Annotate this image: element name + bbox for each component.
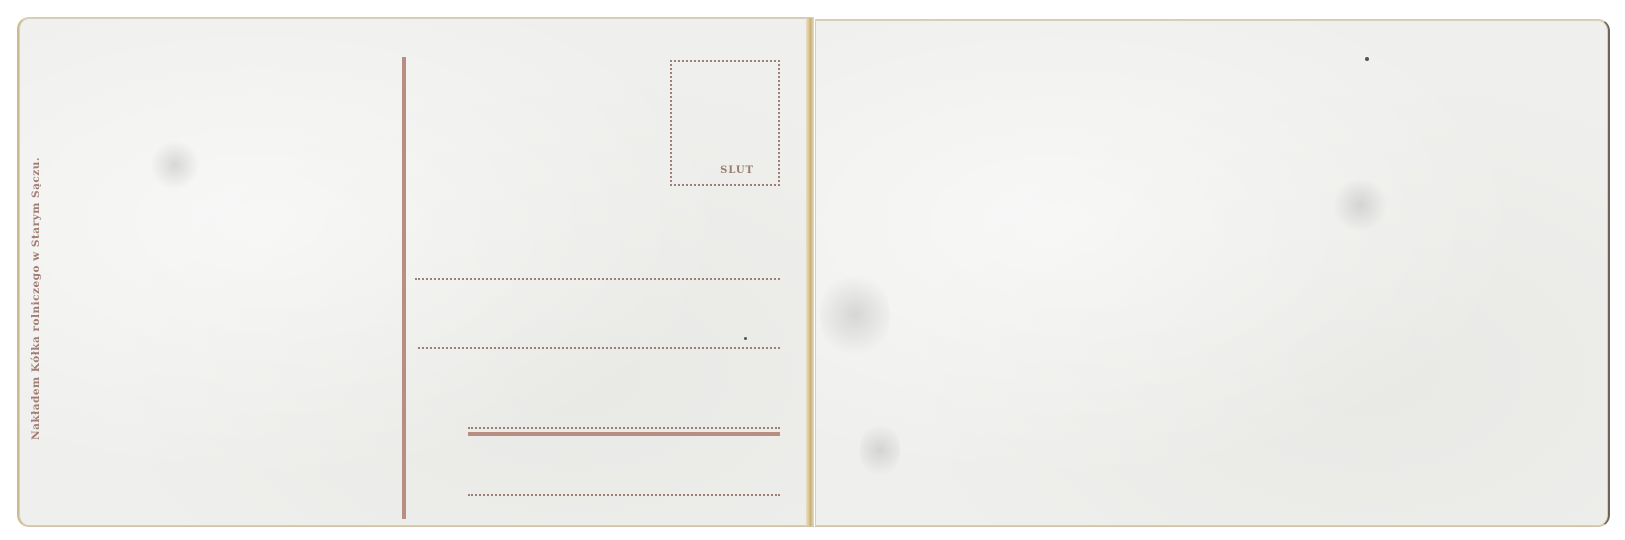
spot-mark: [744, 337, 747, 340]
stamp-label: SLUT: [720, 165, 754, 176]
address-line-4: [468, 494, 780, 496]
stain: [1330, 180, 1390, 230]
address-line-1: [415, 278, 780, 280]
stain: [150, 140, 200, 190]
address-line-3: [468, 427, 780, 429]
publisher-imprint: Nakładem Kółka rolniczego w Starym Sączu…: [30, 157, 42, 440]
vertical-divider: [402, 57, 406, 519]
stain: [860, 420, 900, 480]
spot-mark: [1365, 57, 1369, 61]
postcard-fold: [806, 18, 814, 526]
address-underline: [468, 432, 780, 436]
address-line-2: [418, 347, 780, 349]
postcard-right-panel: [815, 19, 1610, 527]
stamp-box: SLUT: [670, 60, 780, 186]
stain: [820, 270, 890, 360]
